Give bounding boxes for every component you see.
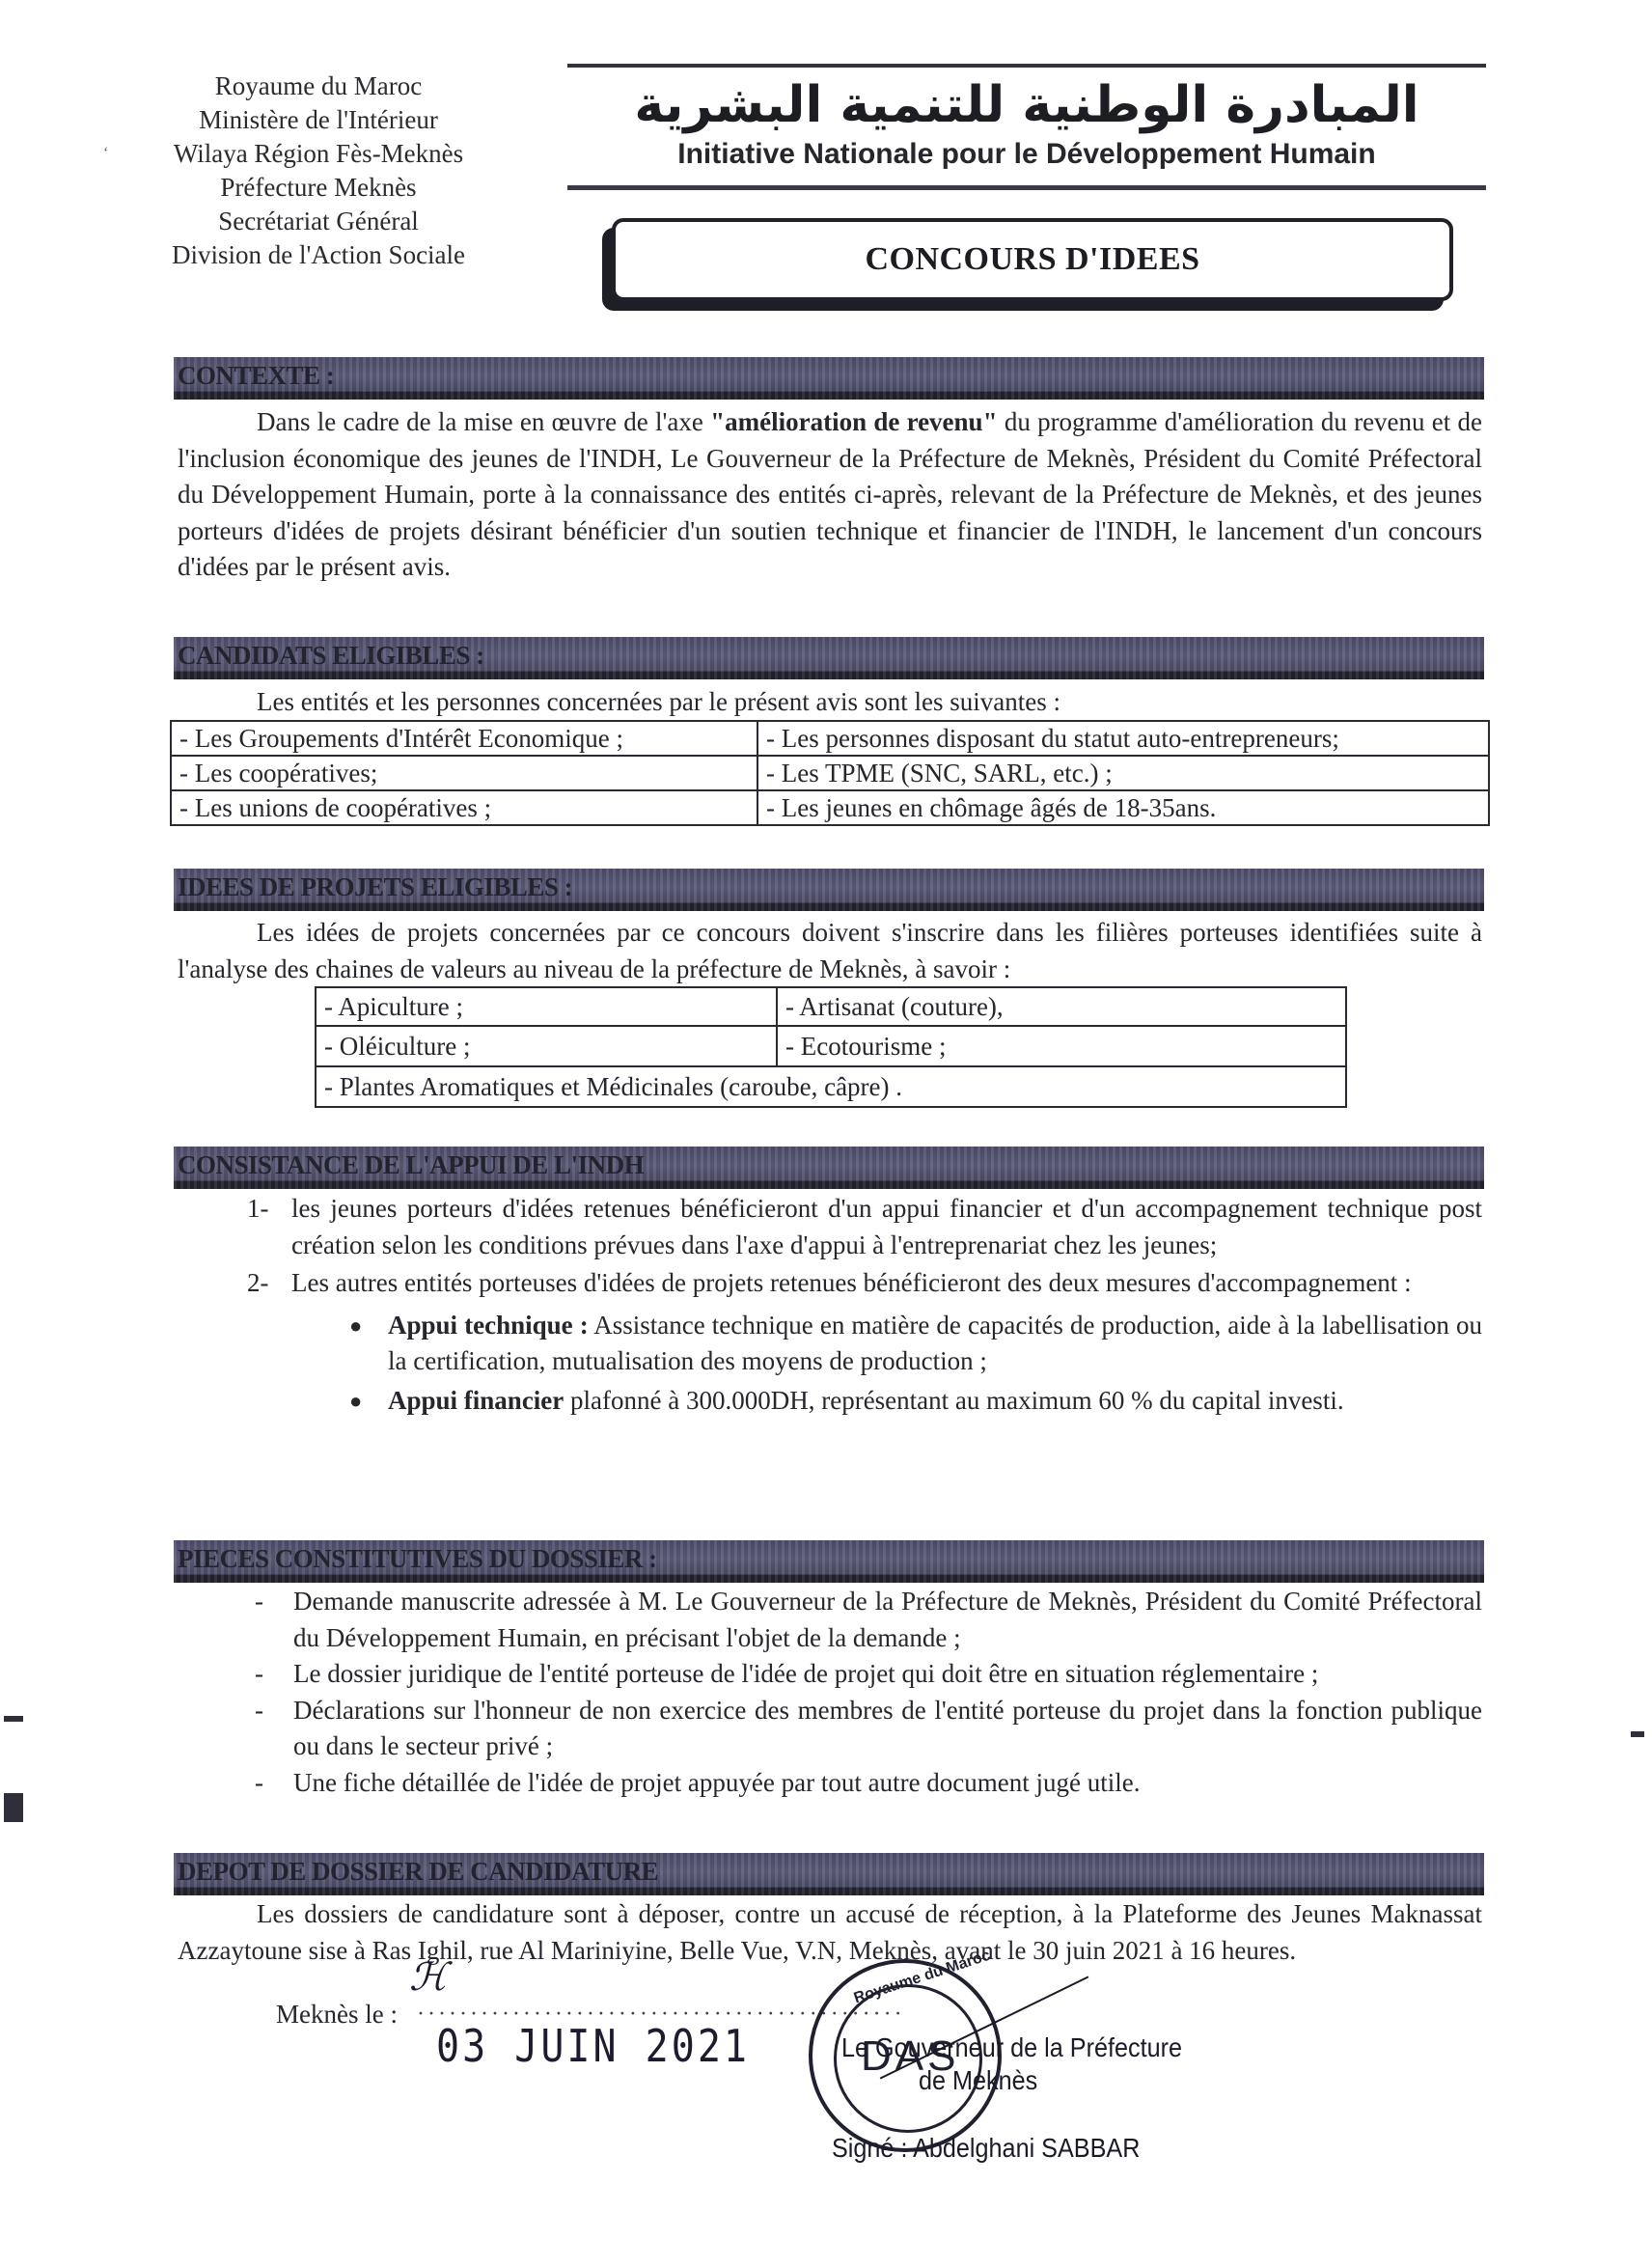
bullet-text: plafonné à 300.000DH, représentant au ma… — [564, 1386, 1343, 1415]
support-types-list: ● Appui technique : Assistance technique… — [349, 1308, 1482, 1420]
table-cell: - Les coopératives; — [171, 756, 757, 790]
section-heading: DEPOT DE DOSSIER DE CANDIDATURE — [178, 1857, 658, 1887]
table-cell: - Artisanat (couture), — [777, 987, 1346, 1026]
section-banner-depot: DEPOT DE DOSSIER DE CANDIDATURE — [174, 1853, 1484, 1895]
list-text: Le dossier juridique de l'entité porteus… — [293, 1656, 1482, 1693]
bullet-icon: ● — [349, 1383, 388, 1420]
list-item: ● Appui financier plafonné à 300.000DH, … — [349, 1383, 1482, 1420]
table-row: - Plantes Aromatiques et Médicinales (ca… — [316, 1066, 1346, 1107]
idees-intro: Les idées de projets concernées par ce c… — [178, 915, 1482, 987]
dash-icon: - — [255, 1656, 293, 1693]
letterhead-rule-top — [567, 64, 1486, 68]
org-line: Division de l'Action Sociale — [135, 238, 502, 272]
list-text: Appui financier plafonné à 300.000DH, re… — [388, 1383, 1482, 1420]
table-cell: - Plantes Aromatiques et Médicinales (ca… — [316, 1066, 1346, 1107]
scan-edge-mark — [4, 1793, 23, 1822]
letterhead-rule-bottom — [567, 185, 1486, 190]
list-number: 1- — [247, 1191, 291, 1263]
table-cell: - Ecotourisme ; — [777, 1026, 1346, 1066]
handwritten-initials: ℋ — [409, 1955, 448, 2000]
bullet-label: Appui financier — [388, 1386, 564, 1415]
depot-paragraph: Les dossiers de candidature sont à dépos… — [178, 1896, 1482, 1969]
list-item: -Demande manuscrite adressée à M. Le Gou… — [255, 1584, 1482, 1656]
date-stamp: 03 JUIN 2021 — [436, 2022, 750, 2073]
section-heading: CANDIDATS ELIGIBLES : — [178, 641, 484, 671]
list-item: -Une fiche détaillée de l'idée de projet… — [255, 1765, 1482, 1802]
table-row: - Les coopératives; - Les TPME (SNC, SAR… — [171, 756, 1489, 790]
section-banner-contexte: CONTEXTE : — [174, 357, 1484, 400]
eligible-sectors-table: - Apiculture ; - Artisanat (couture), - … — [315, 986, 1347, 1108]
scan-speck: ‘ — [103, 145, 108, 162]
org-line: Préfecture Meknès — [135, 171, 502, 205]
table-row: - Les Groupements d'Intérêt Economique ;… — [171, 721, 1489, 756]
table-cell: - Les unions de coopératives ; — [171, 790, 757, 825]
table-cell: - Oléiculture ; — [316, 1026, 777, 1066]
signatory-title: Le Gouverneur de la Préfecture — [841, 2032, 1182, 2063]
table-cell: - Les jeunes en chômage âgés de 18-35ans… — [757, 790, 1489, 825]
section-heading: PIECES CONSTITUTIVES DU DOSSIER : — [178, 1544, 657, 1574]
org-line: Royaume du Maroc — [135, 69, 502, 103]
document-title: CONCOURS D'IDEES — [865, 241, 1199, 278]
org-line: Wilaya Région Fès-Meknès — [135, 137, 502, 171]
document-title-box: CONCOURS D'IDEES — [612, 218, 1453, 301]
list-text: Les autres entités porteuses d'idées de … — [291, 1265, 1482, 1302]
scan-edge-mark — [1631, 1731, 1644, 1737]
list-item: 1- les jeunes porteurs d'idées retenues … — [247, 1191, 1482, 1263]
list-item: -Le dossier juridique de l'entité porteu… — [255, 1656, 1482, 1693]
indh-letterhead: المبادرة الوطنية للتنمية البشرية Initiat… — [567, 64, 1486, 190]
list-text: Déclarations sur l'honneur de non exerci… — [293, 1693, 1482, 1765]
program-name-latin: Initiative Nationale pour le Développeme… — [567, 137, 1486, 172]
org-line: Secrétariat Général — [135, 205, 502, 238]
list-number: 2- — [247, 1265, 291, 1302]
scan-edge-mark — [4, 1716, 23, 1722]
section-banner-idees: IDEES DE PROJETS ELIGIBLES : — [174, 869, 1484, 911]
list-item: 2- Les autres entités porteuses d'idées … — [247, 1265, 1482, 1302]
dash-icon: - — [255, 1693, 293, 1765]
bullet-label: Appui technique : — [388, 1311, 589, 1340]
place-date-label: Meknès le : — [276, 2000, 398, 2030]
dash-icon: - — [255, 1765, 293, 1802]
section-banner-pieces: PIECES CONSTITUTIVES DU DOSSIER : — [174, 1540, 1484, 1583]
contexte-text: Dans le cadre de la mise en œuvre de l'a… — [257, 407, 710, 436]
signatory-name: Signé : Abdelghani SABBAR — [832, 2133, 1140, 2164]
support-measures-list: 1- les jeunes porteurs d'idées retenues … — [247, 1191, 1482, 1422]
list-text: Appui technique : Assistance technique e… — [388, 1308, 1482, 1380]
issuing-authority-block: Royaume du Maroc Ministère de l'Intérieu… — [135, 69, 502, 272]
bullet-icon: ● — [349, 1308, 388, 1380]
contexte-emphasis: "amélioration de revenu" — [710, 407, 997, 436]
required-documents-list: -Demande manuscrite adressée à M. Le Gou… — [255, 1584, 1482, 1801]
table-row: - Apiculture ; - Artisanat (couture), — [316, 987, 1346, 1026]
eligible-candidates-table: - Les Groupements d'Intérêt Economique ;… — [170, 720, 1490, 826]
section-banner-consistance: CONSISTANCE DE L'APPUI DE L'INDH — [174, 1147, 1484, 1189]
signatory-title-2: de Meknès — [919, 2065, 1037, 2096]
section-heading: CONSISTANCE DE L'APPUI DE L'INDH — [178, 1150, 644, 1180]
table-cell: - Apiculture ; — [316, 987, 777, 1026]
scanned-document-page: Royaume du Maroc Ministère de l'Intérieu… — [0, 0, 1652, 2266]
section-banner-candidats: CANDIDATS ELIGIBLES : — [174, 637, 1484, 679]
list-item: -Déclarations sur l'honneur de non exerc… — [255, 1693, 1482, 1765]
dash-icon: - — [255, 1584, 293, 1656]
list-text: les jeunes porteurs d'idées retenues bén… — [291, 1191, 1482, 1263]
program-name-arabic: المبادرة الوطنية للتنمية البشرية — [567, 75, 1486, 135]
table-cell: - Les personnes disposant du statut auto… — [757, 721, 1489, 756]
table-cell: - Les TPME (SNC, SARL, etc.) ; — [757, 756, 1489, 790]
list-item: ● Appui technique : Assistance technique… — [349, 1308, 1482, 1380]
contexte-paragraph: Dans le cadre de la mise en œuvre de l'a… — [178, 404, 1482, 586]
section-heading: CONTEXTE : — [178, 361, 334, 391]
list-text: Une fiche détaillée de l'idée de projet … — [293, 1765, 1482, 1802]
table-row: - Oléiculture ; - Ecotourisme ; — [316, 1026, 1346, 1066]
list-text: Demande manuscrite adressée à M. Le Gouv… — [293, 1584, 1482, 1656]
table-row: - Les unions de coopératives ; - Les jeu… — [171, 790, 1489, 825]
candidats-intro: Les entités et les personnes concernées … — [257, 684, 1482, 721]
org-line: Ministère de l'Intérieur — [135, 103, 502, 137]
section-heading: IDEES DE PROJETS ELIGIBLES : — [178, 872, 572, 902]
table-cell: - Les Groupements d'Intérêt Economique ; — [171, 721, 757, 756]
